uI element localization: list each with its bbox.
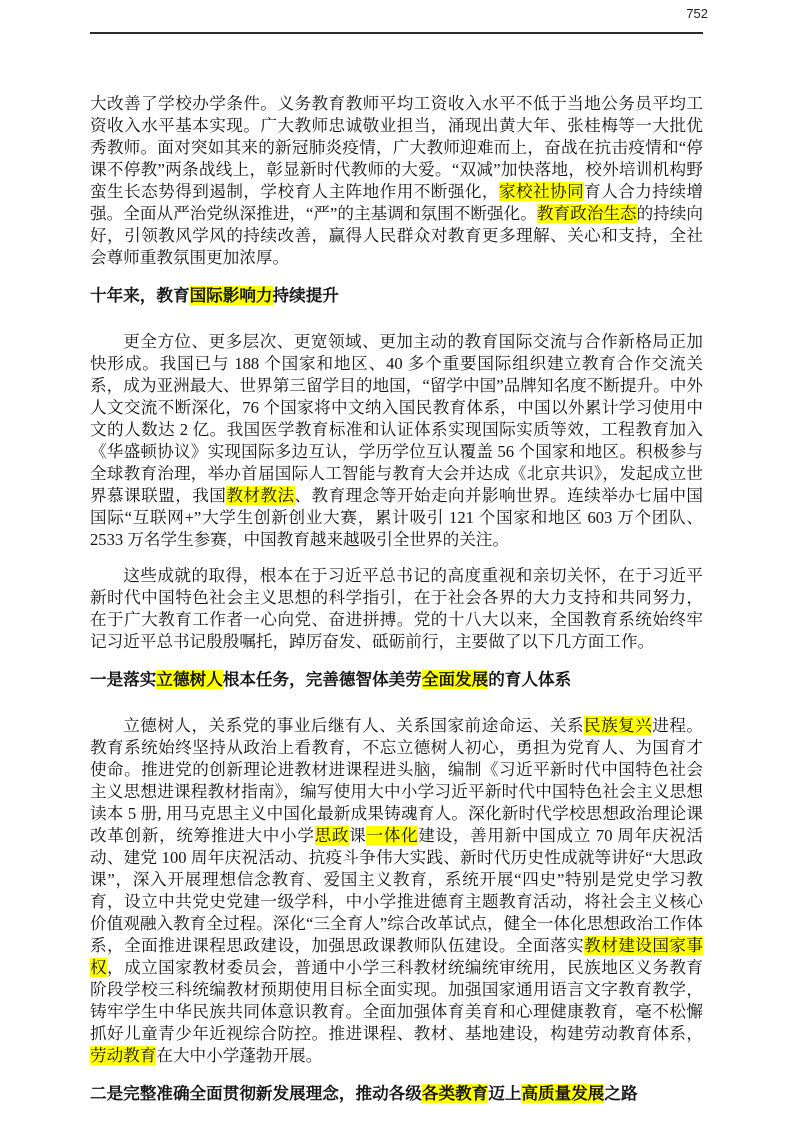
highlighted-text: 民族复兴	[584, 716, 652, 735]
text-run: 之路	[604, 1084, 637, 1103]
text-run: 一是落实	[90, 670, 156, 689]
highlighted-text: 劳动教育	[90, 1046, 156, 1065]
text-run: 立德树人，关系党的事业后继有人、关系国家前途命运、关系	[123, 716, 584, 735]
text-run: 的育人体系	[488, 670, 571, 689]
section-heading: 一是落实立德树人根本任务，完善德智体美劳全面发展的育人体系	[90, 669, 703, 691]
highlighted-text: 高质量发展	[521, 1084, 604, 1103]
document-body: 大改善了学校办学条件。义务教育教师平均工资收入水平不低于当地公务员平均工资收入水…	[90, 34, 708, 1105]
highlighted-text: 思政	[315, 826, 350, 845]
highlighted-text: 各类教育	[422, 1084, 488, 1103]
text-run: 在大中小学蓬勃开展。	[156, 1046, 322, 1065]
highlighted-text: 国际影响力	[190, 286, 273, 305]
highlighted-text: 立德树人	[156, 670, 222, 689]
text-run: 更全方位、更多层次、更宽领域、更加主动的教育国际交流与合作新格局正加快形成。我国…	[90, 332, 703, 505]
highlighted-text: 教育政治生态	[537, 204, 637, 223]
page-header: 752	[90, 0, 708, 26]
text-run: 课	[349, 826, 366, 845]
paragraph: 这些成就的取得，根本在于习近平总书记的高度重视和亲切关怀，在于习近平新时代中国特…	[90, 565, 703, 653]
document-page: 752 大改善了学校办学条件。义务教育教师平均工资收入水平不低于当地公务员平均工…	[0, 0, 793, 1122]
section-heading: 二是完整准确全面贯彻新发展理念，推动各级各类教育迈上高质量发展之路	[90, 1083, 703, 1105]
highlighted-text: 教材教法	[226, 486, 294, 505]
text-run: ，成立国家教材委员会，普通中小学三科教材统编统审统用，民族地区义务教育阶段学校三…	[90, 958, 703, 1043]
section-heading: 十年来，教育国际影响力持续提升	[90, 285, 703, 307]
paragraph: 大改善了学校办学条件。义务教育教师平均工资收入水平不低于当地公务员平均工资收入水…	[90, 93, 703, 269]
paragraph: 更全方位、更多层次、更宽领域、更加主动的教育国际交流与合作新格局正加快形成。我国…	[90, 331, 703, 551]
text-run: 持续提升	[273, 286, 339, 305]
page-number: 752	[686, 6, 708, 21]
text-run: 根本任务，完善德智体美劳	[223, 670, 422, 689]
highlighted-text: 一体化	[366, 826, 418, 845]
highlighted-text: 家校社协同	[499, 182, 584, 201]
paragraph: 立德树人，关系党的事业后继有人、关系国家前途命运、关系民族复兴进程。教育系统始终…	[90, 715, 703, 1067]
text-run: 这些成就的取得，根本在于习近平总书记的高度重视和亲切关怀，在于习近平新时代中国特…	[90, 566, 703, 651]
text-run: 十年来，教育	[90, 286, 190, 305]
highlighted-text: 全面发展	[422, 670, 488, 689]
text-run: 二是完整准确全面贯彻新发展理念，推动各级	[90, 1084, 422, 1103]
text-run: 迈上	[488, 1084, 521, 1103]
